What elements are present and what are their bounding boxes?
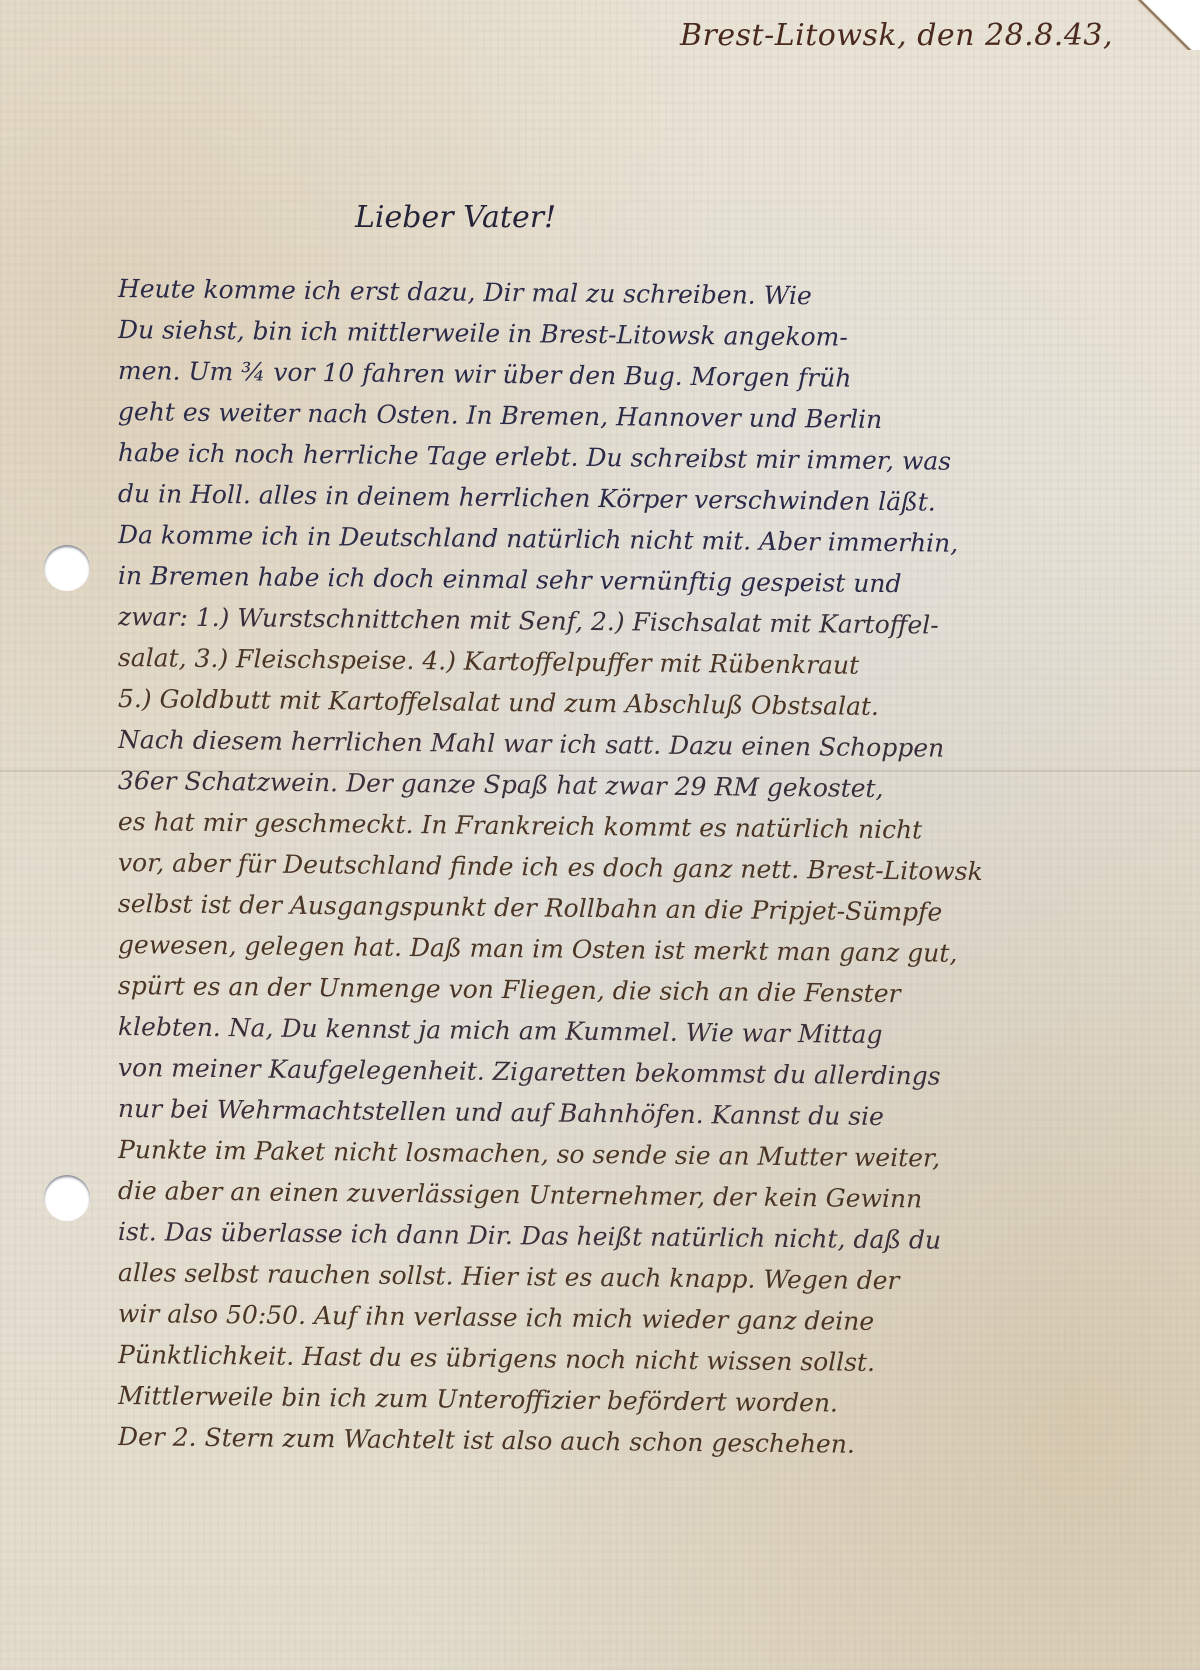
letter-body: Heute komme ich erst dazu, Dir mal zu sc… [118,268,1078,1457]
punch-hole-bottom [44,1175,90,1221]
letter-page: Brest-Litowsk, den 28.8.43, Lieber Vater… [0,0,1200,1670]
punch-hole-top [44,545,90,591]
folded-corner [1130,0,1200,50]
salutation: Lieber Vater! [355,200,556,235]
body-line: Der 2. Stern zum Wachtelt ist also auch … [118,1416,1078,1467]
dateline: Brest-Litowsk, den 28.8.43, [680,18,1113,53]
